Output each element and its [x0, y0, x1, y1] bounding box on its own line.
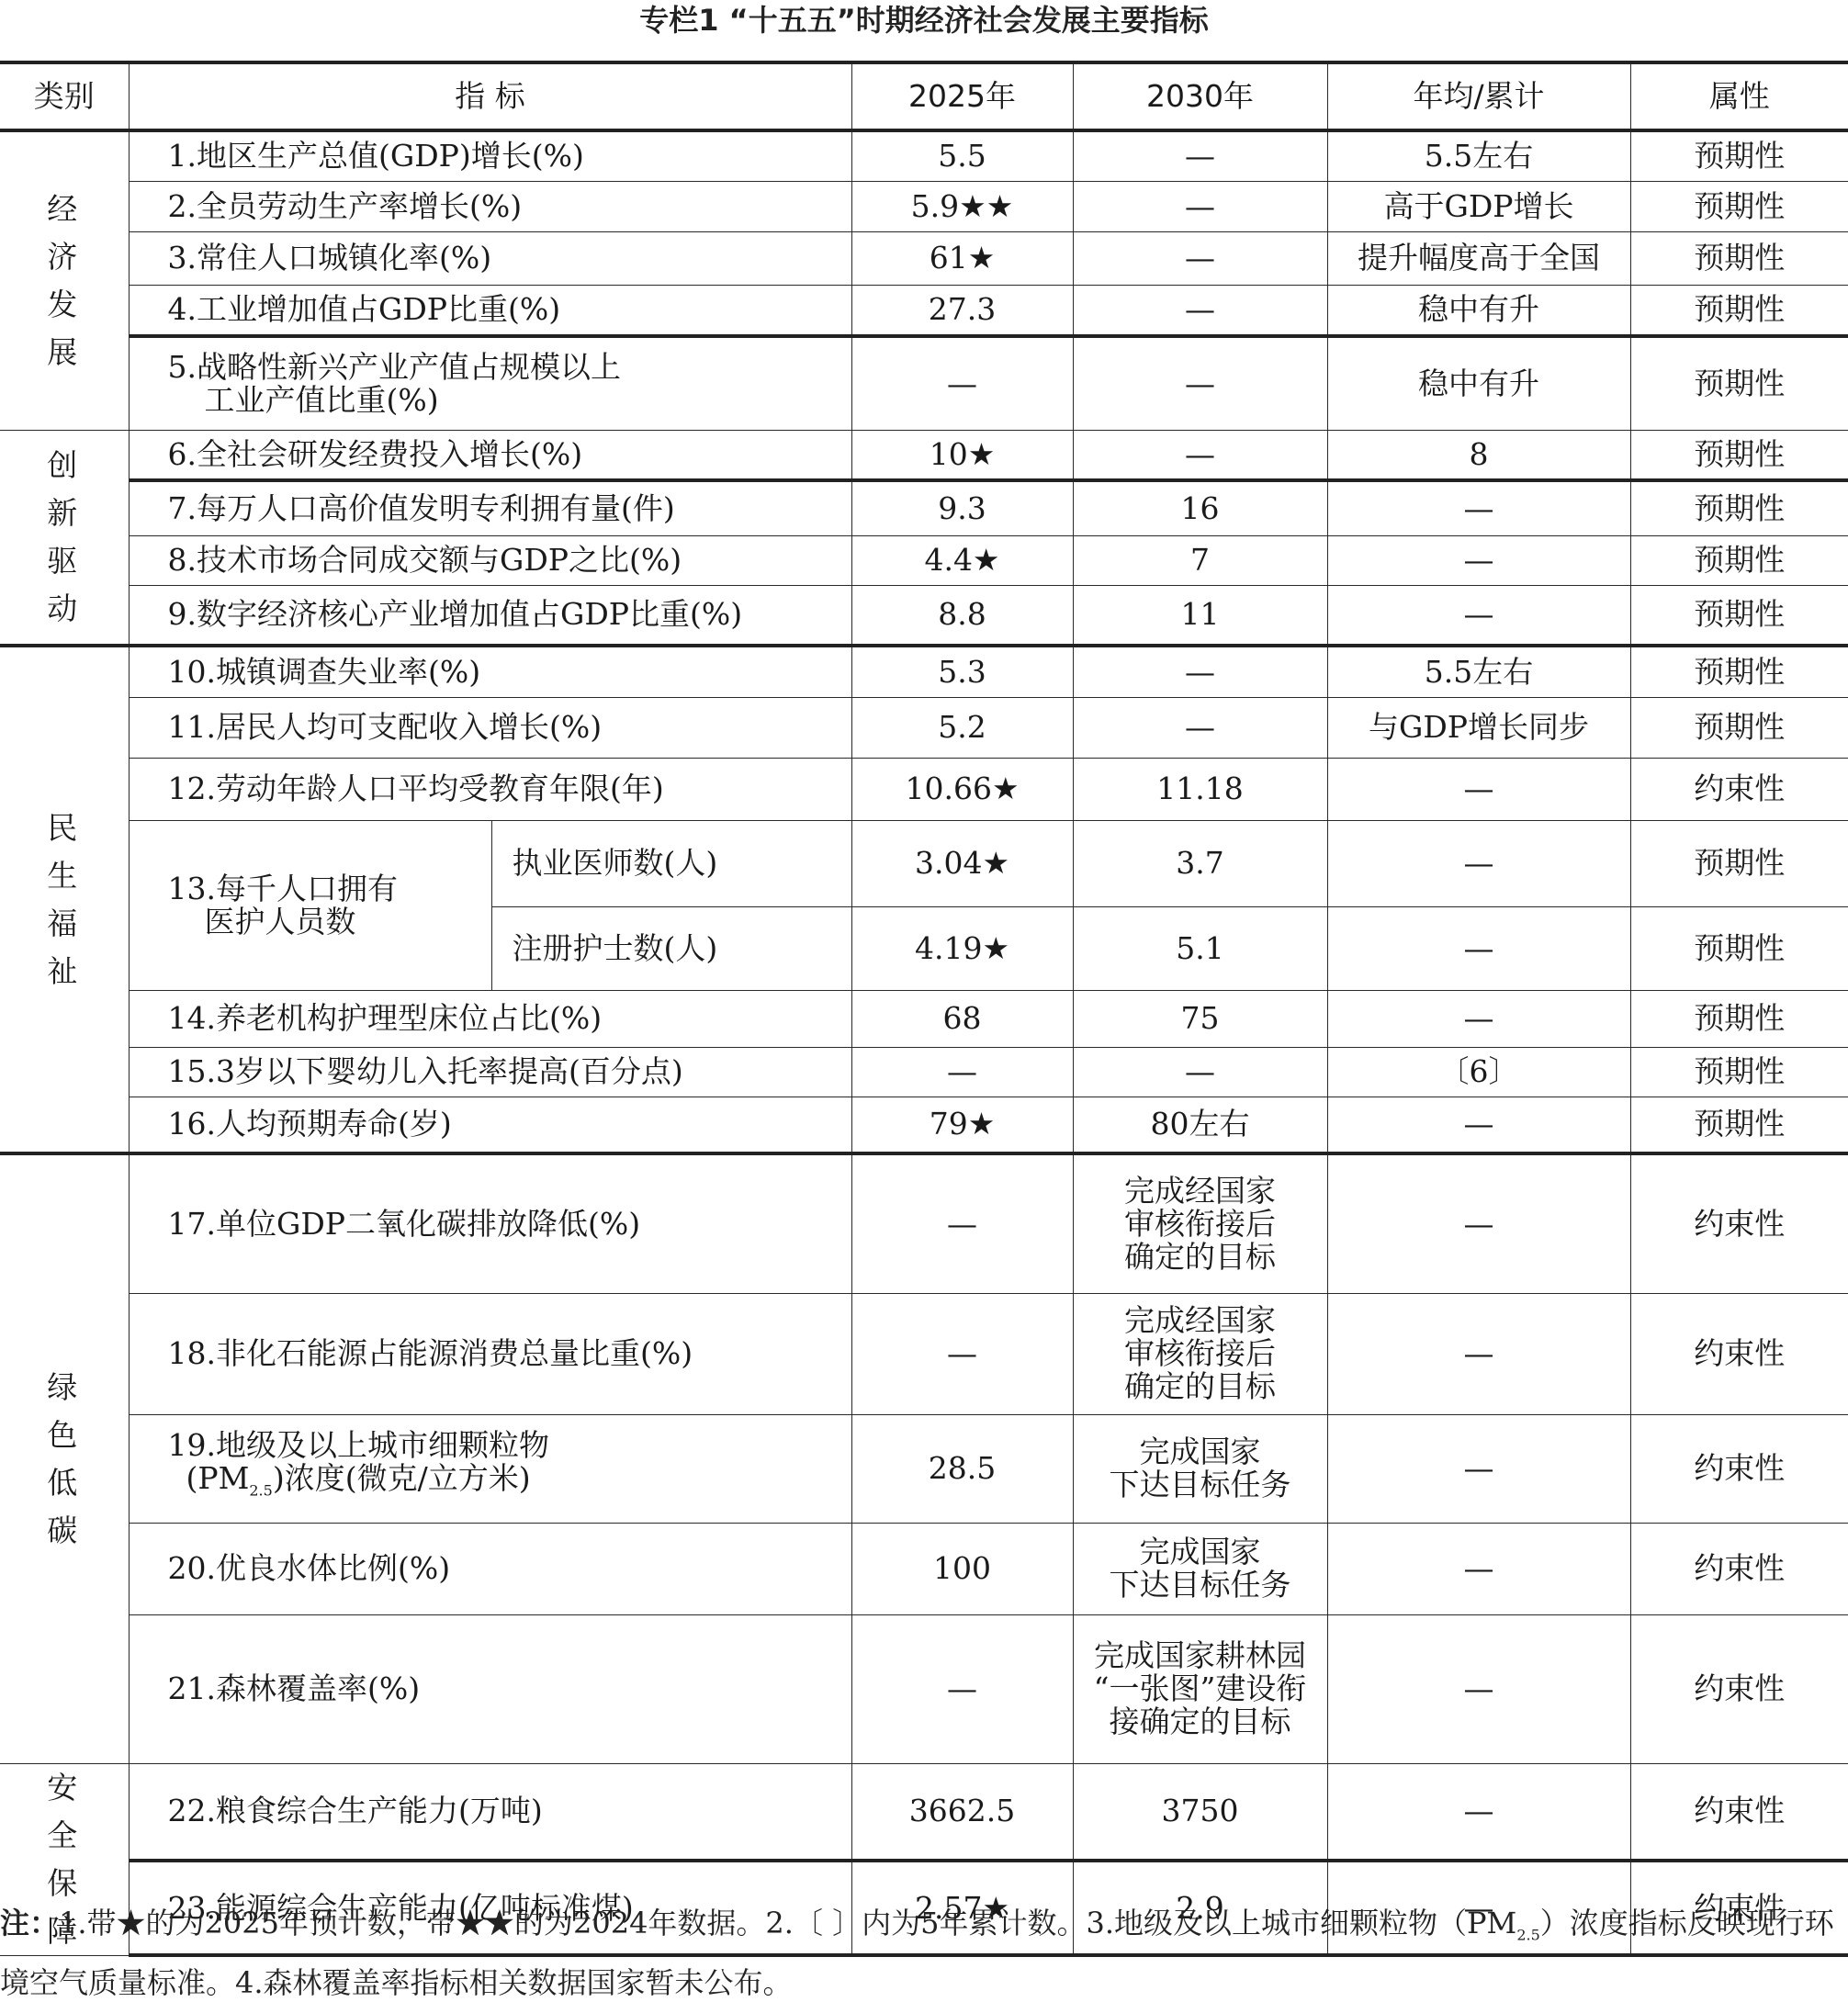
table-row: 21.森林覆盖率(%) — 完成国家耕林园 “一张图”建设衔 接确定的目标 — …	[0, 1614, 1848, 1763]
value-attr: 预期性	[1630, 585, 1848, 646]
table-row: 创新驱动 6.全社会研发经费投入增长(%) 10★ — 8 预期性	[0, 430, 1848, 480]
value-2025: —	[851, 1047, 1073, 1097]
value-2025: 10.66★	[851, 758, 1073, 820]
table-row: 绿色低碳 17.单位GDP二氧化碳排放降低(%) — 完成经国家 审核衔接后 确…	[0, 1153, 1848, 1293]
value-attr: 预期性	[1630, 646, 1848, 697]
indicator-cell: 7.每万人口高价值发明专利拥有量(件)	[129, 480, 851, 535]
value-2030: —	[1073, 336, 1327, 430]
value-2030: —	[1073, 181, 1327, 231]
value-attr: 约束性	[1630, 1414, 1848, 1523]
value-attr: 预期性	[1630, 990, 1848, 1047]
indicator-cell: 14.养老机构护理型床位占比(%)	[129, 990, 851, 1047]
value-2030: 完成国家耕林园 “一张图”建设衔 接确定的目标	[1073, 1614, 1327, 1763]
indicator-cell: 8.技术市场合同成交额与GDP之比(%)	[129, 535, 851, 585]
value-2025: 5.3	[851, 646, 1073, 697]
table-row: 安全保障 22.粮食综合生产能力(万吨) 3662.5 3750 — 约束性	[0, 1763, 1848, 1861]
value-attr: 预期性	[1630, 430, 1848, 480]
value-2025: 4.19★	[851, 906, 1073, 990]
value-2025: 3.04★	[851, 820, 1073, 906]
value-2030: 75	[1073, 990, 1327, 1047]
value-2025: —	[851, 1614, 1073, 1763]
indicator-cell: 15.3岁以下婴幼儿入托率提高(百分点)	[129, 1047, 851, 1097]
sub-indicator-cell: 注册护士数(人)	[491, 906, 851, 990]
table-row: 经济发展 1.地区生产总值(GDP)增长(%) 5.5 — 5.5左右 预期性	[0, 130, 1848, 181]
value-attr: 预期性	[1630, 285, 1848, 336]
value-attr: 约束性	[1630, 1523, 1848, 1614]
value-attr: 约束性	[1630, 1614, 1848, 1763]
header-category: 类别	[0, 62, 129, 130]
header-avg: 年均/累计	[1327, 62, 1630, 130]
table-row: 5.战略性新兴产业产值占规模以上工业产值比重(%) — — 稳中有升 预期性	[0, 336, 1848, 430]
value-2030: —	[1073, 430, 1327, 480]
indicator-cell: 10.城镇调查失业率(%)	[129, 646, 851, 697]
value-2025: —	[851, 1153, 1073, 1293]
value-attr: 预期性	[1630, 906, 1848, 990]
table-row: 19.地级及以上城市细颗粒物(PM2.5)浓度(微克/立方米) 28.5 完成国…	[0, 1414, 1848, 1523]
value-attr: 预期性	[1630, 231, 1848, 285]
value-avg: 〔6〕	[1327, 1047, 1630, 1097]
table-row: 民生福祉 10.城镇调查失业率(%) 5.3 — 5.5左右 预期性	[0, 646, 1848, 697]
value-2025: 100	[851, 1523, 1073, 1614]
table-row: 14.养老机构护理型床位占比(%) 68 75 — 预期性	[0, 990, 1848, 1047]
indicator-cell: 20.优良水体比例(%)	[129, 1523, 851, 1614]
table-row: 20.优良水体比例(%) 100 完成国家 下达目标任务 — 约束性	[0, 1523, 1848, 1614]
table-row: 16.人均预期寿命(岁) 79★ 80左右 — 预期性	[0, 1097, 1848, 1153]
indicator-cell: 21.森林覆盖率(%)	[129, 1614, 851, 1763]
value-2030: 完成经国家 审核衔接后 确定的目标	[1073, 1293, 1327, 1414]
value-avg: —	[1327, 1153, 1630, 1293]
value-avg: 5.5左右	[1327, 130, 1630, 181]
header-2025: 2025年	[851, 62, 1073, 130]
value-avg: —	[1327, 1763, 1630, 1861]
table-row: 4.工业增加值占GDP比重(%) 27.3 — 稳中有升 预期性	[0, 285, 1848, 336]
value-2030: 完成国家 下达目标任务	[1073, 1414, 1327, 1523]
value-avg: —	[1327, 480, 1630, 535]
value-2030: 完成国家 下达目标任务	[1073, 1523, 1327, 1614]
value-2025: 9.3	[851, 480, 1073, 535]
value-2025: 61★	[851, 231, 1073, 285]
value-avg: —	[1327, 1614, 1630, 1763]
value-2025: —	[851, 1293, 1073, 1414]
table-row: 18.非化石能源占能源消费总量比重(%) — 完成经国家 审核衔接后 确定的目标…	[0, 1293, 1848, 1414]
indicator-cell: 13.每千人口拥有医护人员数	[129, 820, 491, 990]
header-2030: 2030年	[1073, 62, 1327, 130]
value-2025: 5.5	[851, 130, 1073, 181]
value-2030: 3.7	[1073, 820, 1327, 906]
value-2025: 10★	[851, 430, 1073, 480]
table-row: 12.劳动年龄人口平均受教育年限(年) 10.66★ 11.18 — 约束性	[0, 758, 1848, 820]
table-row: 9.数字经济核心产业增加值占GDP比重(%) 8.8 11 — 预期性	[0, 585, 1848, 646]
value-2030: —	[1073, 231, 1327, 285]
value-attr: 预期性	[1630, 130, 1848, 181]
sub-indicator-cell: 执业医师数(人)	[491, 820, 851, 906]
value-2030: 5.1	[1073, 906, 1327, 990]
value-avg: —	[1327, 1097, 1630, 1153]
table-header-row: 类别 指 标 2025年 2030年 年均/累计 属性	[0, 62, 1848, 130]
value-attr: 预期性	[1630, 1097, 1848, 1153]
category-economy: 经济发展	[0, 130, 129, 430]
category-innovation: 创新驱动	[0, 430, 129, 646]
table-row: 11.居民人均可支配收入增长(%) 5.2 — 与GDP增长同步 预期性	[0, 697, 1848, 758]
value-attr: 约束性	[1630, 1763, 1848, 1861]
value-avg: 8	[1327, 430, 1630, 480]
value-2025: 68	[851, 990, 1073, 1047]
table-row: 2.全员劳动生产率增长(%) 5.9★★ — 高于GDP增长 预期性	[0, 181, 1848, 231]
value-avg: —	[1327, 1523, 1630, 1614]
value-2030: 80左右	[1073, 1097, 1327, 1153]
indicator-cell: 18.非化石能源占能源消费总量比重(%)	[129, 1293, 851, 1414]
value-2025: 27.3	[851, 285, 1073, 336]
value-2025: 5.2	[851, 697, 1073, 758]
value-avg: 与GDP增长同步	[1327, 697, 1630, 758]
header-indicator: 指 标	[129, 62, 851, 130]
value-2030: 3750	[1073, 1763, 1327, 1861]
value-attr: 约束性	[1630, 1153, 1848, 1293]
value-2030: —	[1073, 1047, 1327, 1097]
value-2025: 79★	[851, 1097, 1073, 1153]
value-avg: 5.5左右	[1327, 646, 1630, 697]
table-row: 15.3岁以下婴幼儿入托率提高(百分点) — — 〔6〕 预期性	[0, 1047, 1848, 1097]
indicator-cell: 6.全社会研发经费投入增长(%)	[129, 430, 851, 480]
indicators-table: 类别 指 标 2025年 2030年 年均/累计 属性 经济发展 1.地区生产总…	[0, 61, 1848, 1957]
table-row: 7.每万人口高价值发明专利拥有量(件) 9.3 16 — 预期性	[0, 480, 1848, 535]
table-row: 13.每千人口拥有医护人员数 执业医师数(人) 3.04★ 3.7 — 预期性	[0, 820, 1848, 906]
value-avg: 提升幅度高于全国	[1327, 231, 1630, 285]
header-attr: 属性	[1630, 62, 1848, 130]
value-avg: —	[1327, 758, 1630, 820]
value-2025: 8.8	[851, 585, 1073, 646]
indicator-cell: 22.粮食综合生产能力(万吨)	[129, 1763, 851, 1861]
indicator-cell: 2.全员劳动生产率增长(%)	[129, 181, 851, 231]
page-title: 专栏1 “十五五”时期经济社会发展主要指标	[0, 0, 1848, 40]
indicator-cell: 16.人均预期寿命(岁)	[129, 1097, 851, 1153]
value-attr: 预期性	[1630, 181, 1848, 231]
value-avg: 高于GDP增长	[1327, 181, 1630, 231]
indicator-cell: 4.工业增加值占GDP比重(%)	[129, 285, 851, 336]
value-avg: —	[1327, 1293, 1630, 1414]
value-attr: 预期性	[1630, 336, 1848, 430]
value-2025: 5.9★★	[851, 181, 1073, 231]
value-avg: —	[1327, 535, 1630, 585]
value-avg: —	[1327, 820, 1630, 906]
value-2030: —	[1073, 646, 1327, 697]
value-attr: 预期性	[1630, 480, 1848, 535]
value-avg: —	[1327, 1414, 1630, 1523]
indicator-cell: 9.数字经济核心产业增加值占GDP比重(%)	[129, 585, 851, 646]
value-2025: 3662.5	[851, 1763, 1073, 1861]
value-attr: 预期性	[1630, 697, 1848, 758]
value-attr: 预期性	[1630, 1047, 1848, 1097]
value-2030: 16	[1073, 480, 1327, 535]
value-2030: 11	[1073, 585, 1327, 646]
value-2025: —	[851, 336, 1073, 430]
value-avg: 稳中有升	[1327, 336, 1630, 430]
value-2030: 完成经国家 审核衔接后 确定的目标	[1073, 1153, 1327, 1293]
indicator-cell: 11.居民人均可支配收入增长(%)	[129, 697, 851, 758]
table-row: 8.技术市场合同成交额与GDP之比(%) 4.4★ 7 — 预期性	[0, 535, 1848, 585]
indicator-cell: 12.劳动年龄人口平均受教育年限(年)	[129, 758, 851, 820]
value-2025: 28.5	[851, 1414, 1073, 1523]
indicator-cell: 1.地区生产总值(GDP)增长(%)	[129, 130, 851, 181]
value-2030: —	[1073, 130, 1327, 181]
value-attr: 约束性	[1630, 1293, 1848, 1414]
value-avg: —	[1327, 990, 1630, 1047]
value-attr: 预期性	[1630, 820, 1848, 906]
value-attr: 约束性	[1630, 758, 1848, 820]
indicator-cell: 19.地级及以上城市细颗粒物(PM2.5)浓度(微克/立方米)	[129, 1414, 851, 1523]
footnote: 注：1.带★的为2025年预计数，带★★的为2024年数据。2.〔 〕内为5年累…	[0, 1899, 1848, 2002]
indicator-cell: 3.常住人口城镇化率(%)	[129, 231, 851, 285]
value-2030: 11.18	[1073, 758, 1327, 820]
indicator-cell: 5.战略性新兴产业产值占规模以上工业产值比重(%)	[129, 336, 851, 430]
value-attr: 预期性	[1630, 535, 1848, 585]
category-green: 绿色低碳	[0, 1153, 129, 1763]
value-2030: —	[1073, 697, 1327, 758]
value-avg: —	[1327, 906, 1630, 990]
value-2025: 4.4★	[851, 535, 1073, 585]
value-2030: 7	[1073, 535, 1327, 585]
category-welfare: 民生福祉	[0, 646, 129, 1153]
value-2030: —	[1073, 285, 1327, 336]
value-avg: —	[1327, 585, 1630, 646]
indicator-cell: 17.单位GDP二氧化碳排放降低(%)	[129, 1153, 851, 1293]
value-avg: 稳中有升	[1327, 285, 1630, 336]
table-row: 3.常住人口城镇化率(%) 61★ — 提升幅度高于全国 预期性	[0, 231, 1848, 285]
